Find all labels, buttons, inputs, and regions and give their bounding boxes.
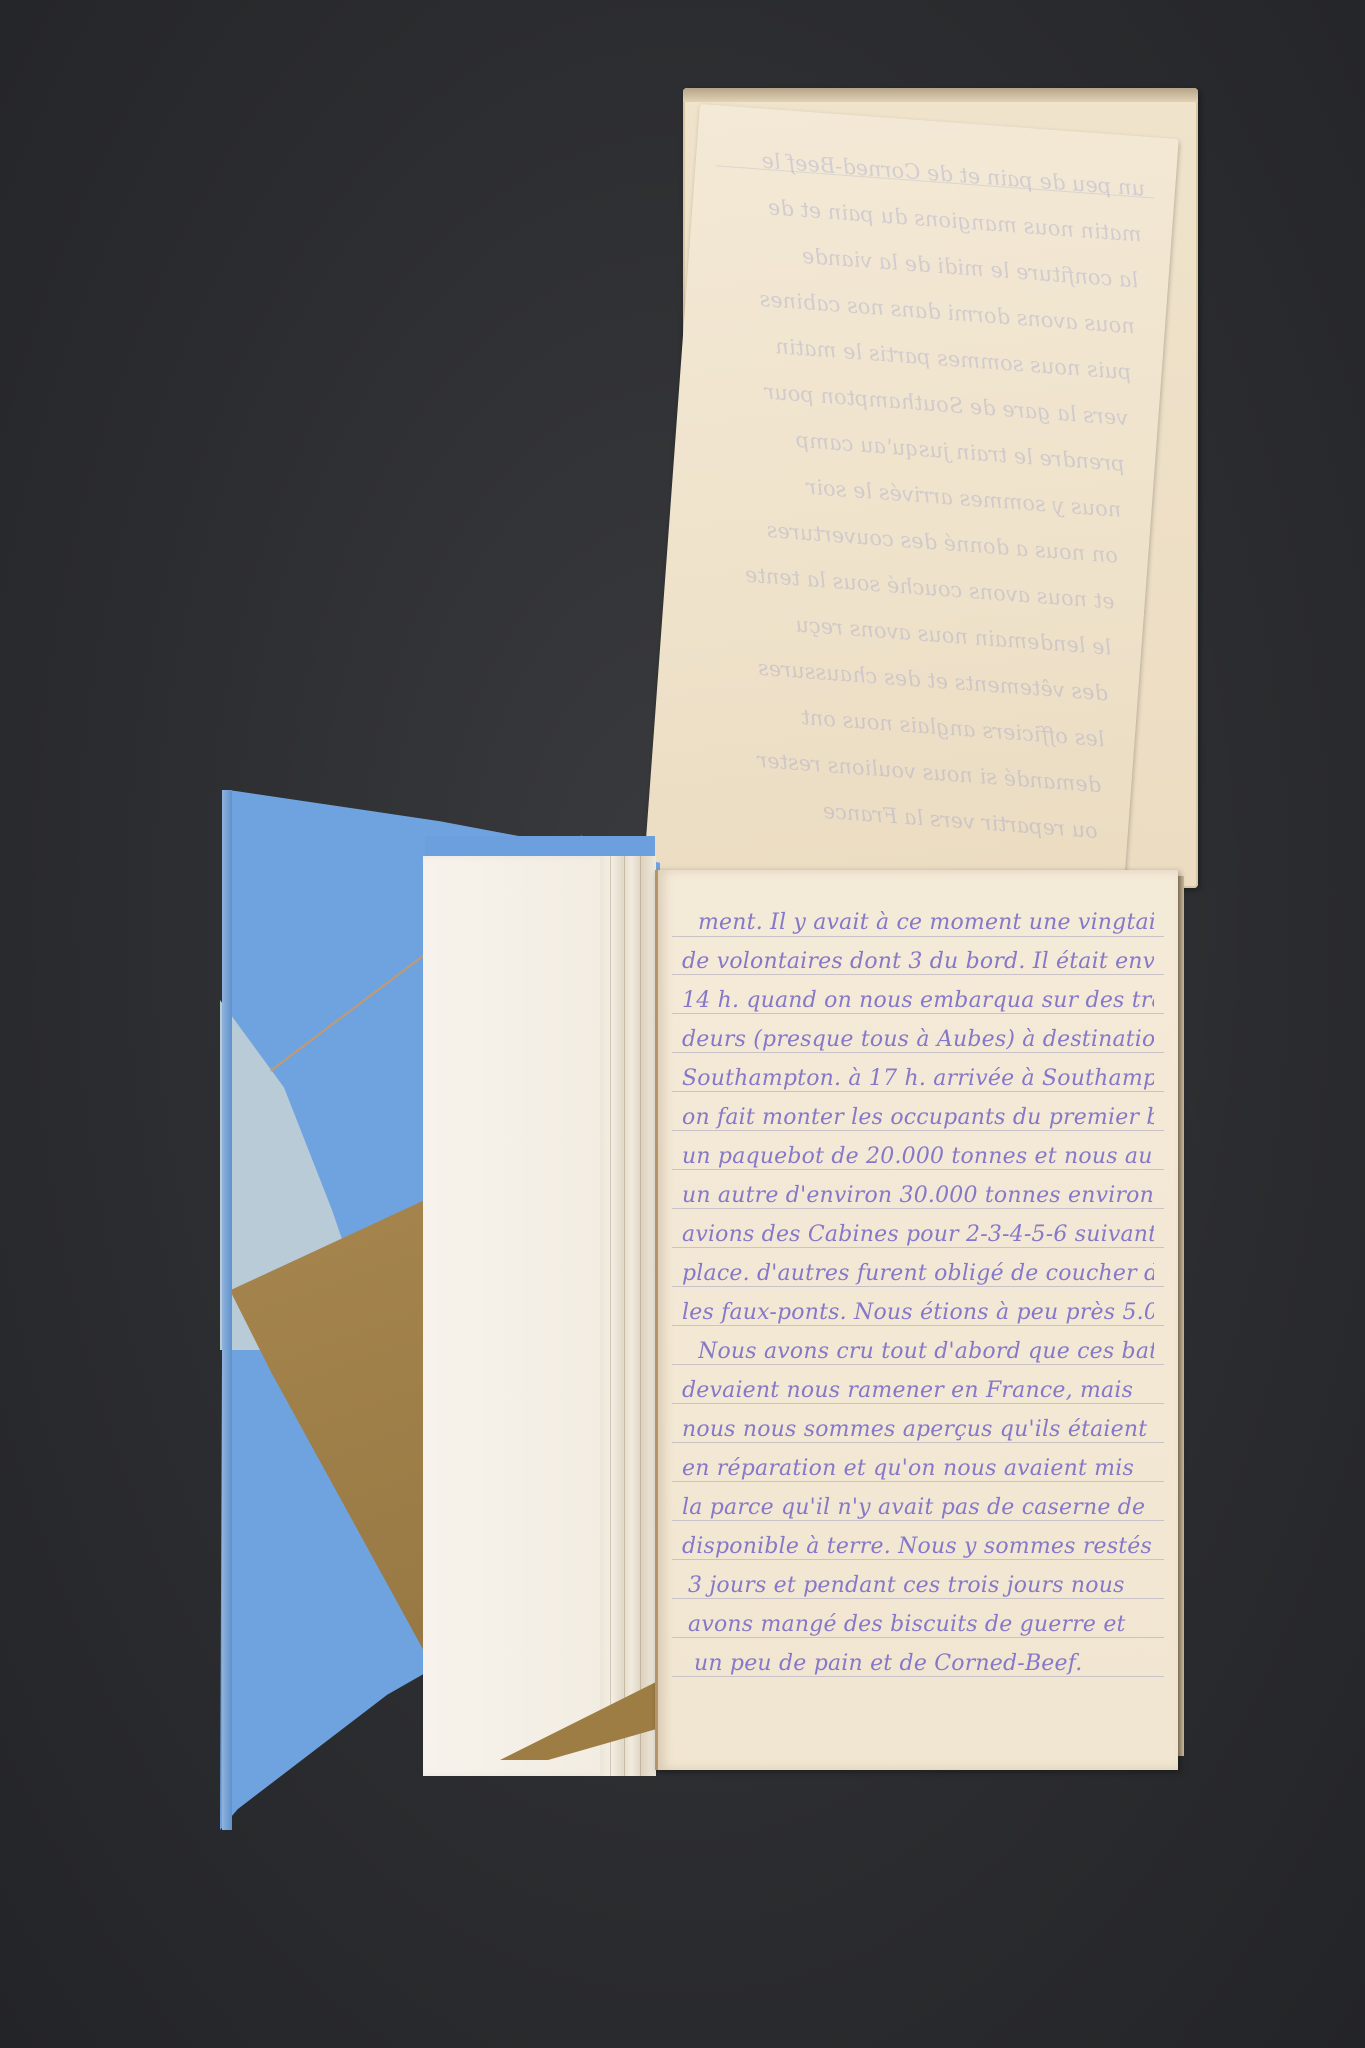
ghost-handwriting-line: un peu de pain et de Corned-Beef le [725, 146, 1146, 201]
ghost-handwriting-line: le lendemain nous avons reçu [692, 605, 1113, 660]
ghost-handwriting-line: ou repartir vers la France [678, 788, 1099, 843]
cover-spine-edge [222, 790, 232, 1830]
handwriting-line: devaient nous ramener en France, mais [682, 1378, 1154, 1403]
spine-blue-tape [425, 836, 655, 858]
page-rule [672, 1013, 1164, 1014]
handwriting-line: 3 jours et pendant ces trois jours nous [688, 1573, 1154, 1598]
page-rule [672, 1364, 1164, 1365]
handwriting-line: Nous avons cru tout d'abord que ces bate… [698, 1339, 1154, 1364]
handwriting-line: en réparation et qu'on nous avaient mis [682, 1456, 1154, 1481]
ghost-handwriting-line: la confiture le midi de la viande [718, 238, 1139, 293]
handwriting-line: Southampton. à 17 h. arrivée à Southampt… [682, 1066, 1154, 1091]
handwriting-line: les faux-ponts. Nous étions à peu près 5… [682, 1300, 1154, 1325]
ghost-handwriting-line: et nous avons couché sous la tente [695, 559, 1116, 614]
page-rule [672, 1637, 1164, 1638]
ghost-handwriting-line: prendre le train jusqu'au camp [705, 421, 1126, 476]
handwriting-line: de volontaires dont 3 du bord. Il était … [682, 949, 1154, 974]
ghost-handwriting-line: les officiers anglais nous ont [685, 697, 1106, 752]
page-rule [672, 1169, 1164, 1170]
handwritten-page: ment. Il y avait à ce moment une vingtai… [655, 870, 1178, 1770]
page-rule [672, 1520, 1164, 1521]
ghost-handwriting-line: puis nous sommes partis le matin [712, 330, 1133, 385]
page-rule [672, 1052, 1164, 1053]
page-rule [672, 1403, 1164, 1404]
handwriting-line: avions des Cabines pour 2-3-4-5-6 suivan… [682, 1222, 1154, 1247]
handwriting-line: disponible à terre. Nous y sommes restés [682, 1534, 1154, 1559]
handwriting-line: place. d'autres furent obligé de coucher… [682, 1261, 1154, 1286]
ghost-handwriting-line: on nous a donné des couvertures [698, 513, 1119, 568]
handwriting-line: la parce qu'il n'y avait pas de caserne … [682, 1495, 1154, 1520]
ghost-handwriting-line: matin nous mangions du pain et de [722, 192, 1143, 247]
ghost-handwriting-line: des vêtements et des chaussures [688, 651, 1109, 706]
page-rule [672, 1559, 1164, 1560]
page-rule [672, 1325, 1164, 1326]
page-rule [672, 1130, 1164, 1131]
page-rule [672, 936, 1164, 937]
ghost-handwriting-line: nous avons dormi dans nos cabines [715, 284, 1136, 339]
page-rule [672, 1598, 1164, 1599]
ghost-handwriting-line: vers la gare de Southampton pour [708, 375, 1129, 430]
spine-fold [640, 856, 641, 1776]
handwriting-line: ment. Il y avait à ce moment une vingtai… [698, 910, 1154, 935]
page-rule [672, 1091, 1164, 1092]
handwriting-line: un peu de pain et de Corned-Beef. [694, 1651, 1154, 1676]
page-rule [672, 1442, 1164, 1443]
handwriting-line: 14 h. quand on nous embarqua sur des tra… [682, 988, 1154, 1013]
page-rule [672, 1247, 1164, 1248]
handwriting-line: on fait monter les occupants du premier … [682, 1105, 1154, 1130]
page-rule [672, 1676, 1164, 1677]
ghost-handwriting-line: demandé si nous voulions rester [681, 742, 1102, 797]
page-rule [672, 1481, 1164, 1482]
spine-fold [610, 856, 611, 1776]
page-rule [672, 974, 1164, 975]
handwriting-line: avons mangé des biscuits de guerre et [688, 1612, 1154, 1637]
spine-fold [624, 856, 625, 1776]
ghost-handwriting-line: nous y sommes arrivés le soir [702, 467, 1123, 522]
page-rule [672, 1208, 1164, 1209]
handwriting-line: nous nous sommes aperçus qu'ils étaient [682, 1417, 1154, 1442]
handwriting-line: deurs (presque tous à Aubes) à destinati… [682, 1027, 1154, 1052]
notebook-spine-gutter [600, 856, 656, 1776]
handwriting-line: un paquebot de 20.000 tonnes et nous aut… [682, 1144, 1154, 1169]
flipped-notebook-page: un peu de pain et de Corned-Beef le mati… [643, 104, 1179, 917]
inner-endpaper [423, 856, 615, 1776]
page-rule [672, 1286, 1164, 1287]
handwriting-line: un autre d'environ 30.000 tonnes environ… [682, 1183, 1154, 1208]
